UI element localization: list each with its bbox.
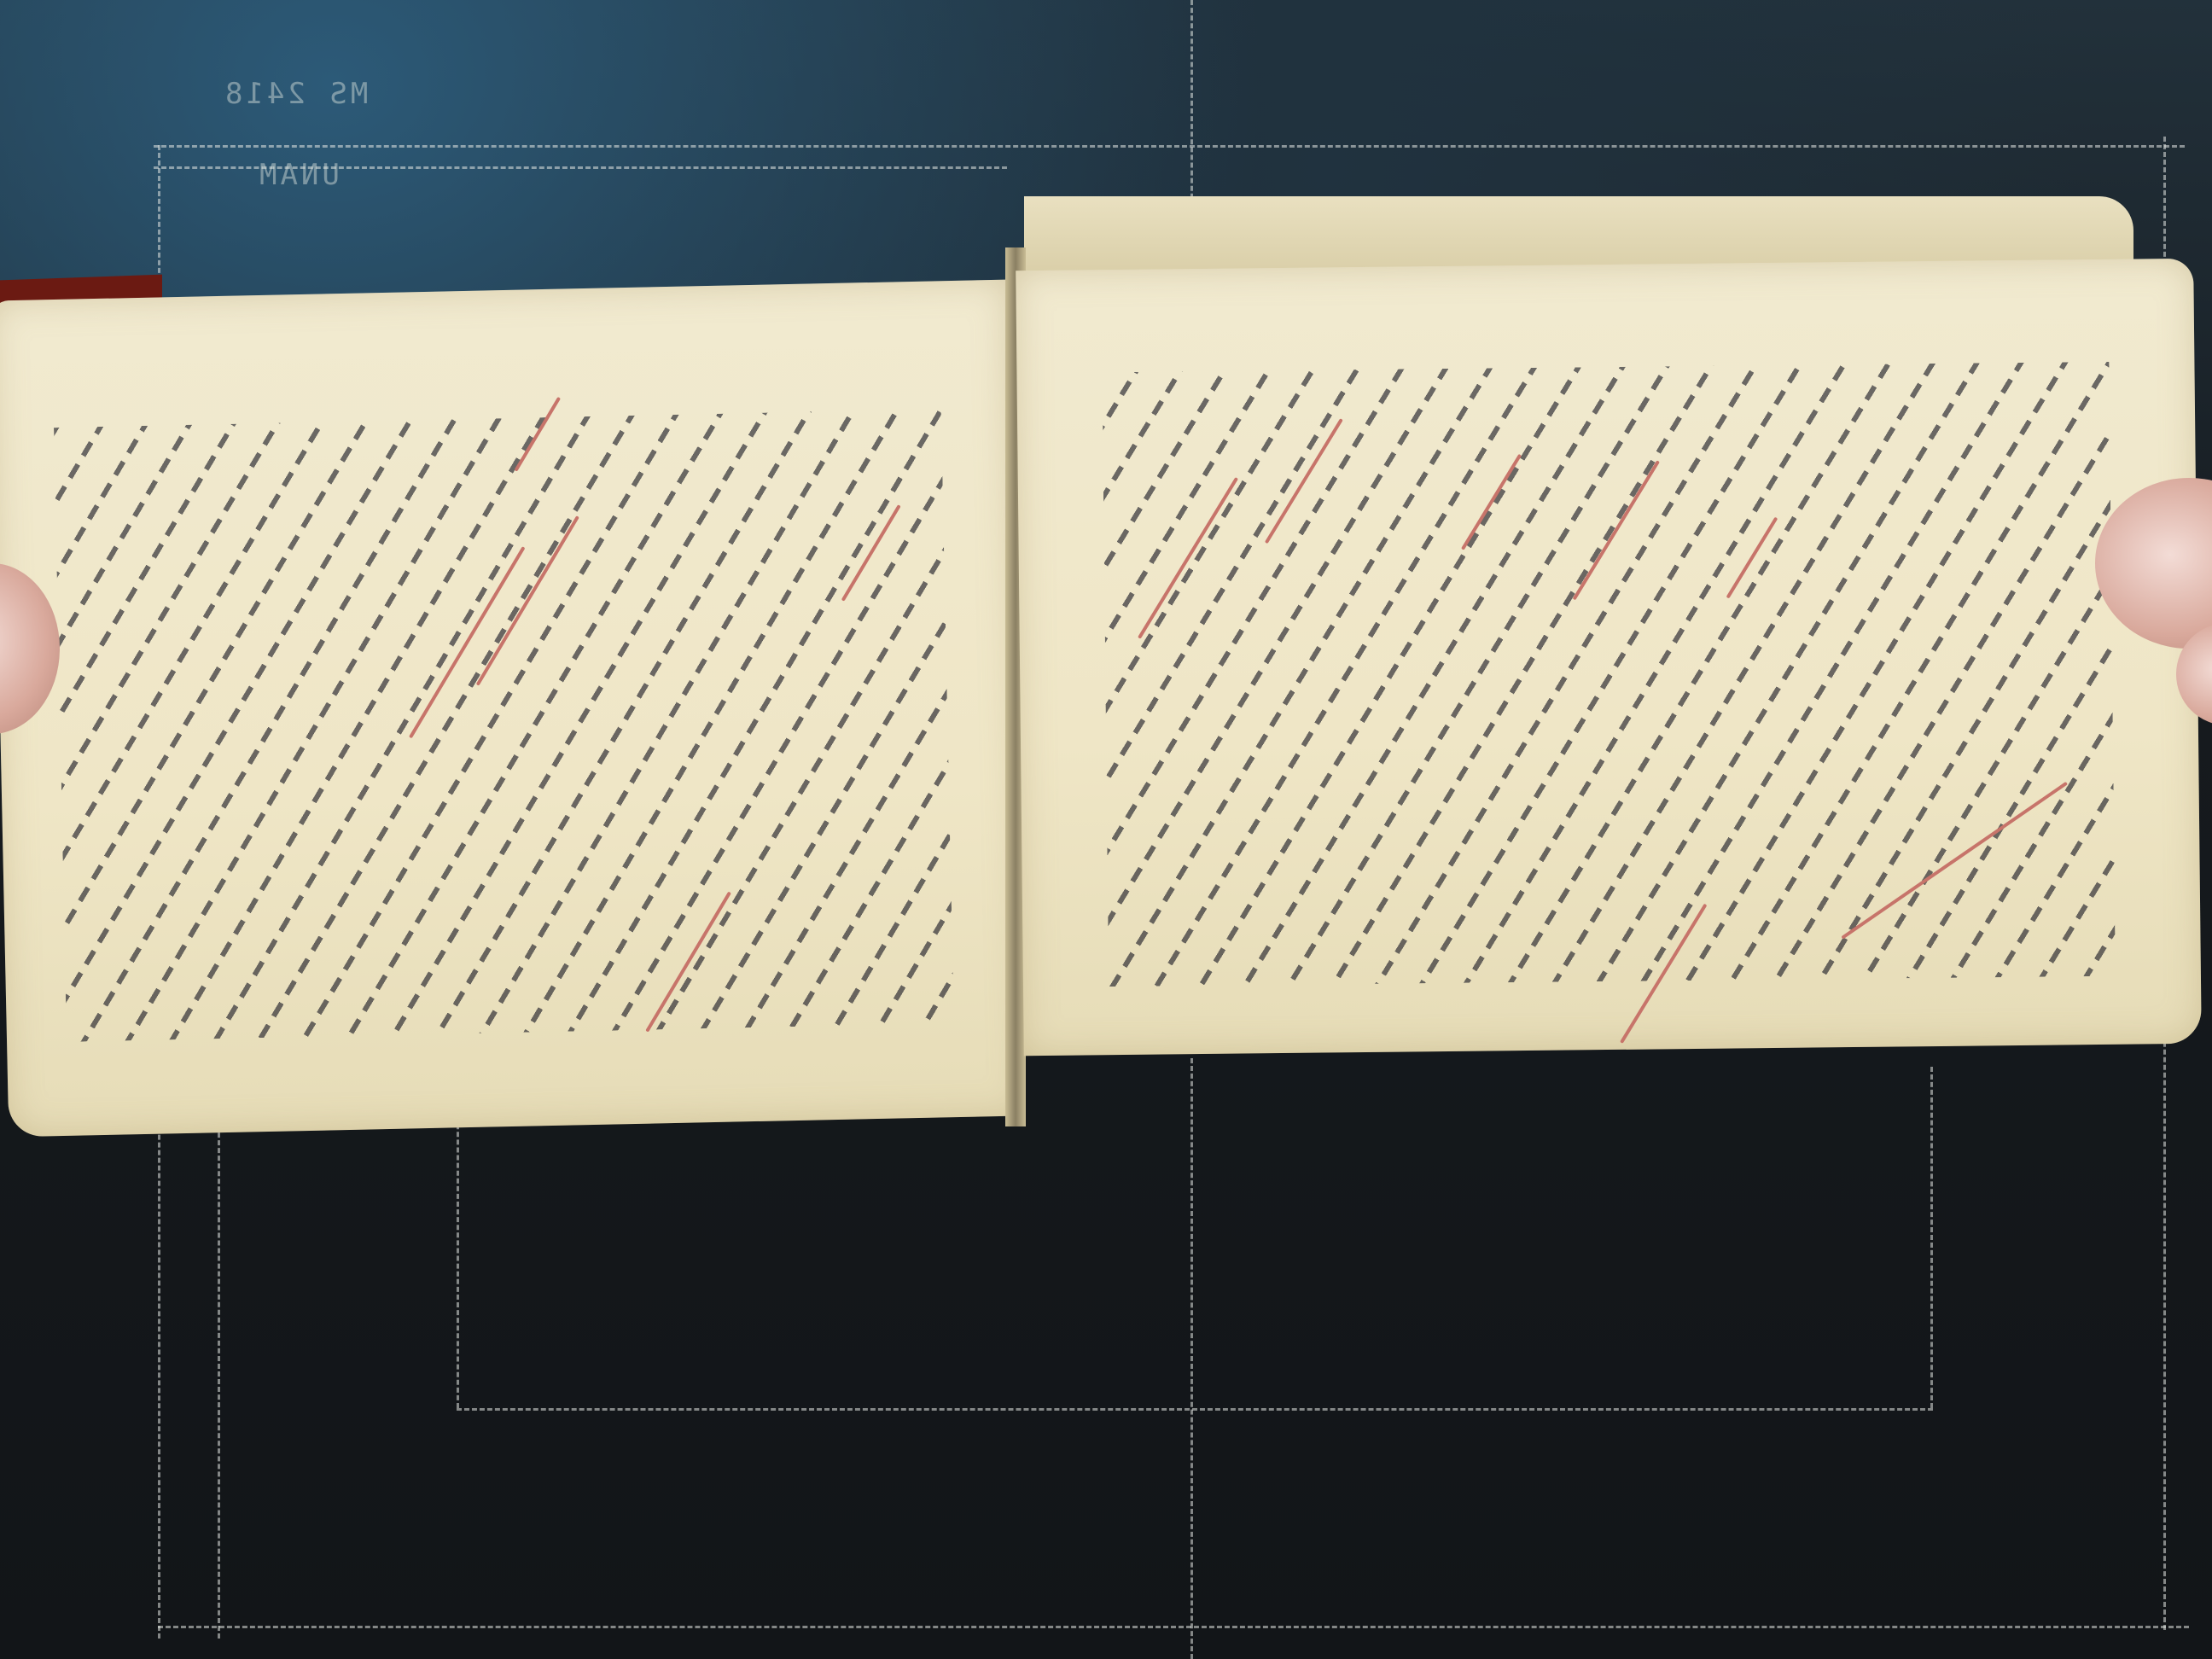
chalk-line	[154, 145, 2185, 148]
right-page	[1016, 259, 2202, 1056]
chalk-line	[1190, 1058, 1193, 1659]
left-page-text	[54, 409, 954, 1042]
chalk-line	[457, 1408, 1933, 1411]
chalk-line	[457, 1101, 459, 1408]
chalk-label: UNAM	[256, 158, 340, 192]
chalk-label: MS 2418	[222, 77, 368, 111]
right-page-text	[1102, 362, 2115, 987]
chalk-line	[158, 1626, 2189, 1628]
chalk-line	[1190, 0, 1193, 222]
left-page	[0, 280, 1024, 1138]
open-manuscript	[0, 196, 2212, 1135]
chalk-line	[218, 1109, 220, 1639]
